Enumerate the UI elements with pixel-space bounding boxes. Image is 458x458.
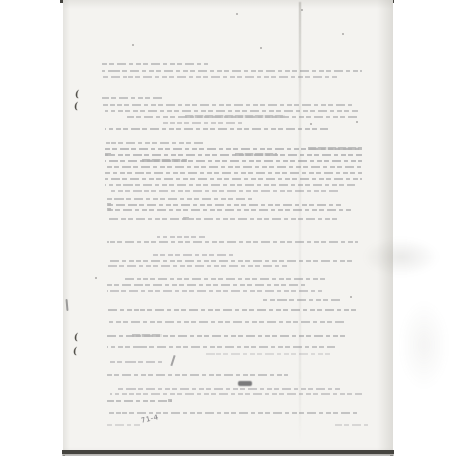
typewritten-line [107, 260, 352, 262]
typewritten-line [102, 76, 338, 78]
typewritten-line [105, 166, 362, 168]
margin-scribble-mark [65, 299, 68, 311]
slash-mark [170, 355, 175, 366]
bold-segment [142, 159, 187, 162]
ink-speck [350, 296, 352, 298]
ink-speck [301, 9, 303, 11]
ink-speck [356, 121, 358, 123]
typewritten-line [105, 172, 362, 174]
bold-segment [105, 153, 111, 156]
bold-segment [107, 208, 111, 211]
typewritten-line [107, 321, 345, 323]
typewritten-line [107, 204, 342, 206]
margin-paren-mark: ( [74, 334, 79, 343]
typewritten-line [105, 142, 205, 144]
bold-segment [168, 399, 172, 402]
typewritten-line [107, 412, 358, 414]
margin-paren-mark: ( [75, 91, 80, 100]
handwritten-number: 71-4 [140, 414, 159, 425]
typewritten-line [108, 190, 338, 192]
typewritten-line [157, 236, 205, 238]
typewritten-line [110, 393, 362, 395]
typewritten-line [107, 424, 142, 426]
bold-segment [185, 115, 285, 118]
typewritten-line [105, 128, 328, 130]
typewritten-line [102, 104, 354, 106]
typewritten-line [102, 97, 165, 99]
typewritten-line [125, 116, 358, 118]
typewritten-line [107, 265, 288, 267]
dark-ink-blot [238, 381, 252, 386]
bold-segment [183, 217, 189, 220]
margin-paren-mark: ( [74, 103, 79, 112]
typewritten-line [107, 218, 338, 220]
bold-segment [132, 334, 162, 337]
typewritten-line [107, 335, 348, 337]
fold-crease [299, 2, 301, 444]
typewritten-line [152, 254, 235, 256]
scanned-document-viewport: ((((71-4 [0, 0, 458, 458]
typewritten-line [107, 374, 288, 376]
typewritten-line [105, 154, 362, 156]
typewritten-line [107, 361, 162, 363]
gray-smudge-lower [399, 300, 449, 390]
page-bottom-shadow [62, 454, 394, 456]
gray-smudge [363, 238, 439, 276]
typewritten-line [107, 400, 172, 402]
typewritten-line [105, 178, 362, 180]
typewritten-line [105, 184, 355, 186]
margin-paren-mark: ( [73, 348, 78, 357]
typewritten-line [107, 198, 255, 200]
typewritten-line [107, 309, 358, 311]
typewritten-line [262, 299, 342, 301]
typewritten-line [160, 122, 242, 124]
bold-segment [308, 147, 362, 150]
typewritten-line [118, 388, 342, 390]
ink-speck [95, 277, 97, 279]
scanned-document-page: ((((71-4 [63, 0, 393, 455]
ink-speck [132, 44, 134, 46]
bold-segment [107, 203, 111, 206]
typewritten-line [107, 209, 352, 211]
typewritten-line [125, 278, 328, 280]
bold-segment [235, 153, 277, 156]
typewritten-line [105, 160, 362, 162]
ink-speck [310, 123, 312, 125]
ink-speck [342, 33, 344, 35]
typewritten-line [107, 284, 308, 286]
ink-speck [236, 13, 238, 15]
typewritten-line [105, 110, 358, 112]
typewritten-line [102, 70, 362, 72]
typewritten-line [107, 346, 335, 348]
typewritten-line [105, 148, 362, 150]
typewritten-line [107, 241, 358, 243]
typewritten-line [102, 63, 208, 65]
typewritten-line [107, 290, 322, 292]
ink-speck [260, 47, 262, 49]
typewritten-line [333, 424, 369, 426]
typewritten-line [205, 353, 332, 355]
